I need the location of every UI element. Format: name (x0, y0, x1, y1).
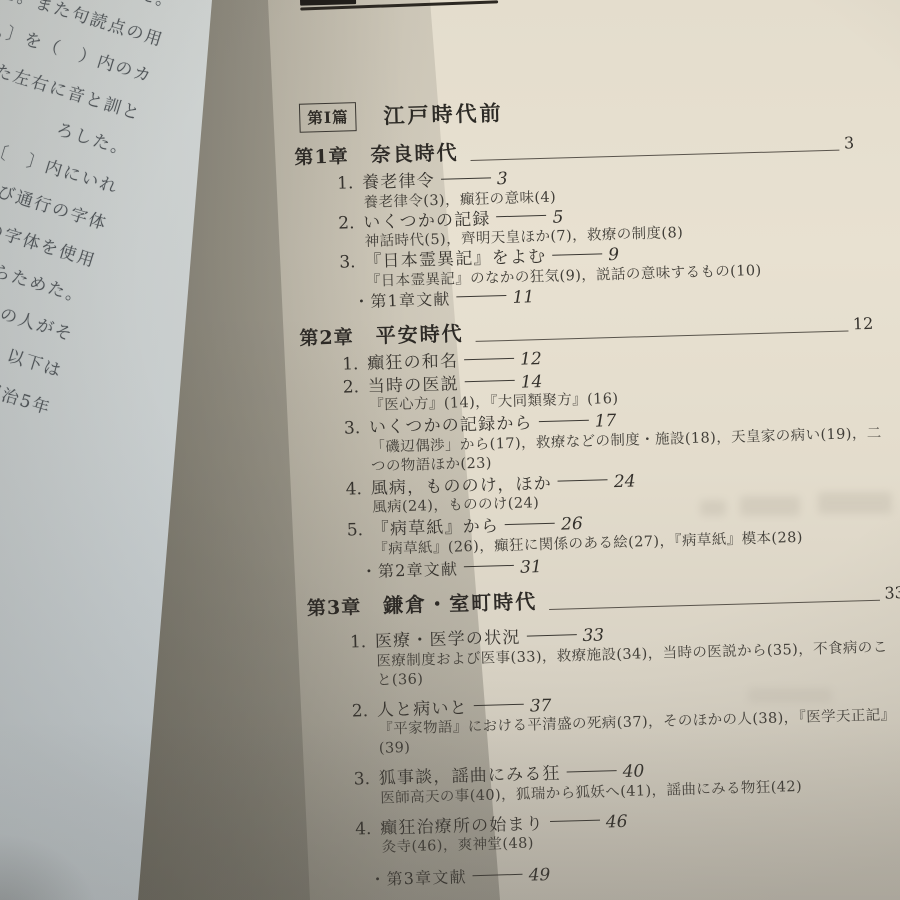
chapter-title: 奈良時代 (370, 138, 459, 168)
leader-dash (464, 565, 514, 567)
item-page-number: 9 (608, 245, 619, 266)
toc-content: 第Ⅰ篇 江戸時代前 第1章 奈良時代 3 1. 養老律令 3 養老律令(3)，癲… (288, 0, 900, 892)
item-page-number: 5 (552, 207, 563, 228)
leader-dash (550, 820, 600, 822)
item-title: 『病草紙』から (372, 516, 500, 540)
bleed-through-mark (748, 688, 832, 703)
item-number: 4. (355, 818, 381, 839)
leader-dash (526, 634, 576, 636)
chapter-3-heading: 第3章 鎌倉・室町時代 33 (307, 577, 900, 624)
item-page-number: 17 (594, 411, 616, 432)
leader-dash (457, 295, 507, 297)
leader-dash (505, 522, 555, 524)
leader-rule (549, 600, 879, 610)
leader-dash (473, 874, 523, 876)
item-page-number: 11 (512, 287, 534, 308)
item-title: 養老律令 (362, 171, 435, 194)
bleed-through-mark (818, 492, 892, 514)
chapter-2: 第2章 平安時代 12 1. 癲狂の和名 12 2. 当時の医説 14 『医心方… (297, 307, 900, 584)
leader-dash (552, 253, 602, 255)
item-number: 2. (352, 700, 378, 721)
leader-dash (558, 480, 608, 482)
item-number: 3. (354, 769, 380, 790)
part-heading: 第Ⅰ篇 江戸時代前 (299, 86, 892, 133)
bullet: ・ (369, 870, 387, 891)
item-number: 2. (338, 212, 364, 233)
item-number: 1. (350, 632, 376, 653)
item-title: 癲狂の和名 (367, 351, 459, 374)
item-page-number: 14 (520, 372, 542, 393)
chapter-number: 第2章 (299, 323, 354, 353)
chapter-title: 平安時代 (375, 319, 464, 349)
chapter-1: 第1章 奈良時代 3 1. 養老律令 3 養老律令(3)，癲狂の意味(4) 2.… (292, 126, 897, 314)
leader-dash (465, 380, 515, 382)
item-page-number: 12 (520, 349, 542, 370)
item-number: 1. (342, 354, 368, 375)
book-photo: た。 った。また句読点の用 。〕を（ ）内のカ た左右に音と訓と ろした。 は〔… (0, 0, 900, 900)
item-number: 3. (339, 252, 365, 273)
item-title: 当時の医説 (368, 374, 460, 397)
item-page-number: 40 (622, 761, 644, 782)
leader-dash (567, 770, 617, 772)
item-title: 第3章文献 (386, 867, 467, 890)
item-title: 人と病いと (377, 698, 469, 721)
bleed-through-mark (740, 496, 800, 516)
chapter-page-number: 12 (853, 310, 874, 339)
chapter-3: 第3章 鎌倉・室町時代 33 1. 医療・医学の状況 33 医療制度および医事(… (305, 577, 900, 892)
bleed-through-mark (700, 500, 726, 516)
leader-dash (497, 215, 547, 217)
leader-dash (474, 704, 524, 706)
chapter-page-number: 3 (844, 129, 855, 157)
item-title: 第2章文献 (378, 559, 459, 582)
item-title: 第1章文献 (370, 289, 451, 312)
item-page-number: 37 (530, 695, 552, 716)
leader-rule (471, 150, 839, 161)
item-page-number: 3 (497, 169, 508, 190)
leader-rule (476, 330, 848, 341)
bullet: ・ (353, 291, 371, 312)
part-title: 江戸時代前 (383, 97, 504, 130)
item-page-number: 33 (582, 625, 604, 646)
chapter-number: 第1章 (294, 142, 349, 172)
item-number: 3. (344, 418, 370, 439)
item-page-number: 49 (528, 865, 550, 886)
item-number: 4. (345, 478, 371, 499)
leader-dash (464, 358, 514, 360)
leader-dash (441, 177, 491, 179)
item-page-number: 24 (614, 471, 636, 492)
item-number: 1. (337, 173, 363, 194)
chapter-number: 第3章 (307, 593, 362, 623)
item-page-number: 26 (561, 514, 583, 535)
part-label: 第Ⅰ篇 (299, 102, 357, 133)
item-page-number: 31 (520, 557, 542, 578)
leader-dash (539, 420, 589, 422)
chapter-page-number: 33 (884, 579, 900, 608)
item-page-number: 46 (606, 811, 628, 832)
chapter-title: 鎌倉・室町時代 (383, 587, 538, 619)
item-number: 2. (343, 376, 369, 397)
bullet: ・ (361, 561, 379, 582)
item-number: 5. (347, 520, 373, 541)
